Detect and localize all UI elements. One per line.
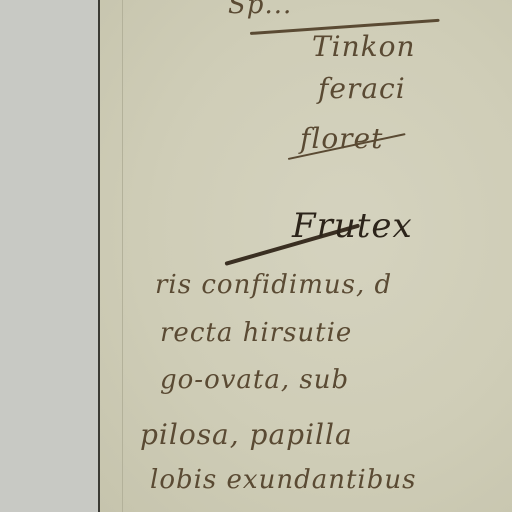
manuscript-line: floret [300,122,383,155]
manuscript-line: Sp... [228,0,292,20]
manuscript-line: go-ovata, sub [160,365,349,395]
backing-board [0,0,100,512]
manuscript-line: Tinkon [312,30,416,63]
manuscript-line: feraci [318,72,406,105]
manuscript-heading: Frutex [292,206,413,246]
manuscript-line: recta hirsutie [160,318,352,348]
margin-line [122,0,123,512]
manuscript-line: lobis exundantibus [150,465,416,495]
manuscript-line: ris confidimus, d [155,270,392,300]
manuscript-line: pilosa, papilla [140,418,353,451]
